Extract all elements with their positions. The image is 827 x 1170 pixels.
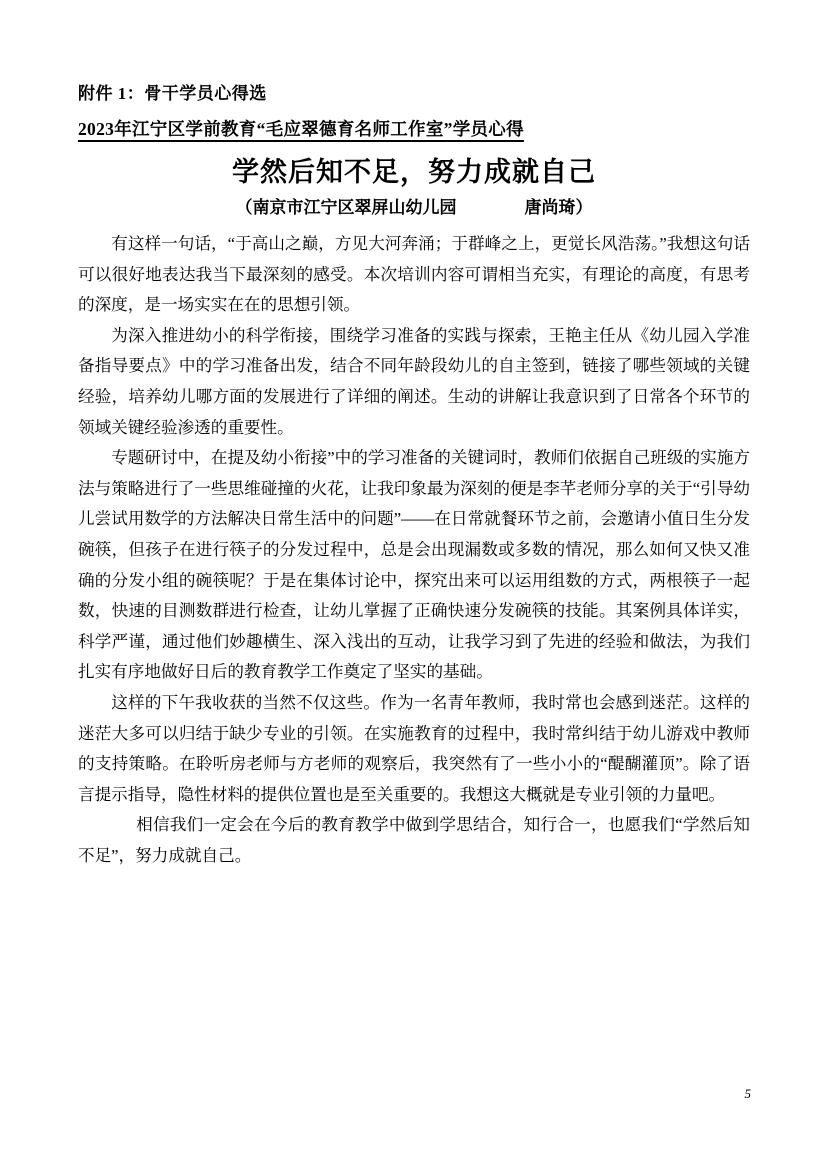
document-subheading: 2023年江宁区学前教育“毛应翠德育名师工作室”学员心得 [78, 117, 750, 141]
page-number: 5 [745, 1086, 752, 1102]
paragraph-2: 为深入推进幼小的科学衔接，围绕学习准备的实践与探索，王艳主任从《幼儿园入学准备指… [78, 321, 750, 443]
article-title: 学然后知不足，努力成就自己 [78, 154, 750, 190]
article-byline: （南京市江宁区翠屏山幼儿园 唐尚琦） [78, 195, 750, 220]
paragraph-5: 相信我们一定会在今后的教育教学中做到学思结合，知行合一，也愿我们“学然后知不足”… [78, 810, 750, 871]
paragraph-3: 专题研讨中，在提及幼小衔接”中的学习准备的关键词时，教师们依据自己班级的实施方法… [78, 443, 750, 688]
attachment-heading: 附件 1：骨干学员心得选 [78, 82, 750, 106]
document-page: 附件 1：骨干学员心得选 2023年江宁区学前教育“毛应翠德育名师工作室”学员心… [0, 0, 827, 1170]
article-body: 有这样一句话，“于高山之巅，方见大河奔涌；于群峰之上，更觉长风浩荡。”我想这句话… [78, 229, 750, 871]
page-content: 附件 1：骨干学员心得选 2023年江宁区学前教育“毛应翠德育名师工作室”学员心… [78, 82, 750, 871]
paragraph-1: 有这样一句话，“于高山之巅，方见大河奔涌；于群峰之上，更觉长风浩荡。”我想这句话… [78, 229, 750, 321]
paragraph-4: 这样的下午我收获的当然不仅这些。作为一名青年教师，我时常也会感到迷茫。这样的迷茫… [78, 688, 750, 810]
